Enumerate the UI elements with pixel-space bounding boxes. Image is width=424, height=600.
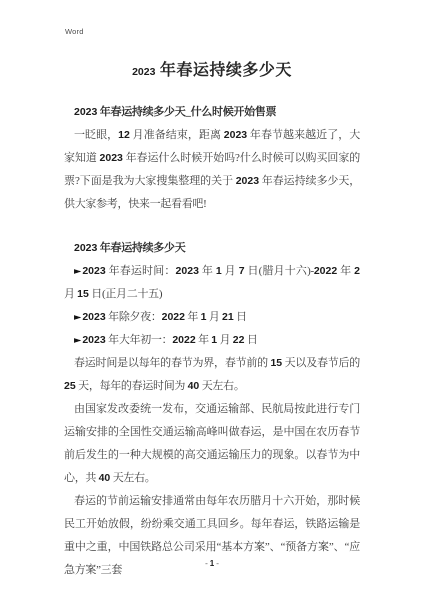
app-watermark-label: Word [65,27,84,36]
numeric-text: 2023 [100,152,123,164]
section-heading: 2023 年春运持续多少天 [64,237,360,260]
numeric-text: 2023 [82,334,105,346]
numeric-text: 12 [118,129,130,141]
document-title: 2023 年春运持续多少天 [64,59,360,84]
numeric-text: 40 [188,380,200,392]
numeric-text: 1 [211,334,217,346]
numeric-text: 1 [201,311,207,323]
bullet-item: ►2023 年大年初一：2022 年 1 月 22 日 [64,329,360,352]
page-number: - 1 - [0,559,424,568]
numeric-text: 2023 [132,66,155,78]
numeric-text: 2023 [236,175,259,187]
numeric-text: 1 [216,265,222,277]
paragraph: 由国家发改委统一发布，交通运输部、民航局按此进行专门运输安排的全国性交通运输高峰… [64,398,360,490]
paragraph: 春运的节前运输安排通常由每年农历腊月十六开始，那时候民工开始放假，纷纷乘交通工具… [64,490,360,582]
numeric-text: 2023 [176,265,199,277]
section-heading: 2023 年春运持续多少天_什么时候开始售票 [64,101,360,124]
paragraph: 春运时间是以每年的春节为界，春节前的 15 天以及春节后的 25 天，每年的春运… [64,352,360,398]
numeric-text: 2023 [82,311,105,323]
bullet-item: ►2023 年除夕夜：2022 年 1 月 21 日 [64,306,360,329]
numeric-text: 2022 [162,311,185,323]
numeric-text: 2023 [74,106,97,118]
numeric-text: 2 [354,265,360,277]
numeric-text: 15 [270,357,282,369]
paragraph-spacer [64,216,360,237]
arrow-bullet-icon: ► [74,266,81,277]
numeric-text: 2023 [82,265,105,277]
numeric-text: 7 [239,265,245,277]
document-page: Word 2023 年春运持续多少天 2023 年春运持续多少天_什么时候开始售… [0,0,424,600]
arrow-bullet-icon: ► [74,312,81,323]
bullet-item: ►2023 年春运时间：2023 年 1 月 7 日(腊月十六)-2022 年 … [64,260,360,306]
numeric-text: 2022 [172,334,195,346]
numeric-text: 2023 [74,242,97,254]
bullet-text: 2023 年大年初一：2022 年 1 月 22 日 [82,334,257,346]
bullet-text: 2023 年除夕夜：2022 年 1 月 21 日 [82,311,247,323]
numeric-text: 2022 [314,265,337,277]
numeric-text: 40 [99,472,111,484]
numeric-text: 2023 [224,129,247,141]
numeric-text: 21 [222,311,234,323]
numeric-text: 22 [233,334,245,346]
numeric-text: 25 [64,380,76,392]
document-body: 2023 年春运持续多少天_什么时候开始售票一眨眼，12 月准备结束，距离 20… [64,101,360,582]
paragraph: 一眨眼，12 月准备结束，距离 2023 年春节越来越近了，大家知道 2023 … [64,124,360,216]
numeric-text: 1 [210,559,214,568]
numeric-text: 15 [77,288,89,300]
arrow-bullet-icon: ► [74,335,81,346]
bullet-text: 2023 年春运时间：2023 年 1 月 7 日(腊月十六)-2022 年 2… [64,265,360,300]
